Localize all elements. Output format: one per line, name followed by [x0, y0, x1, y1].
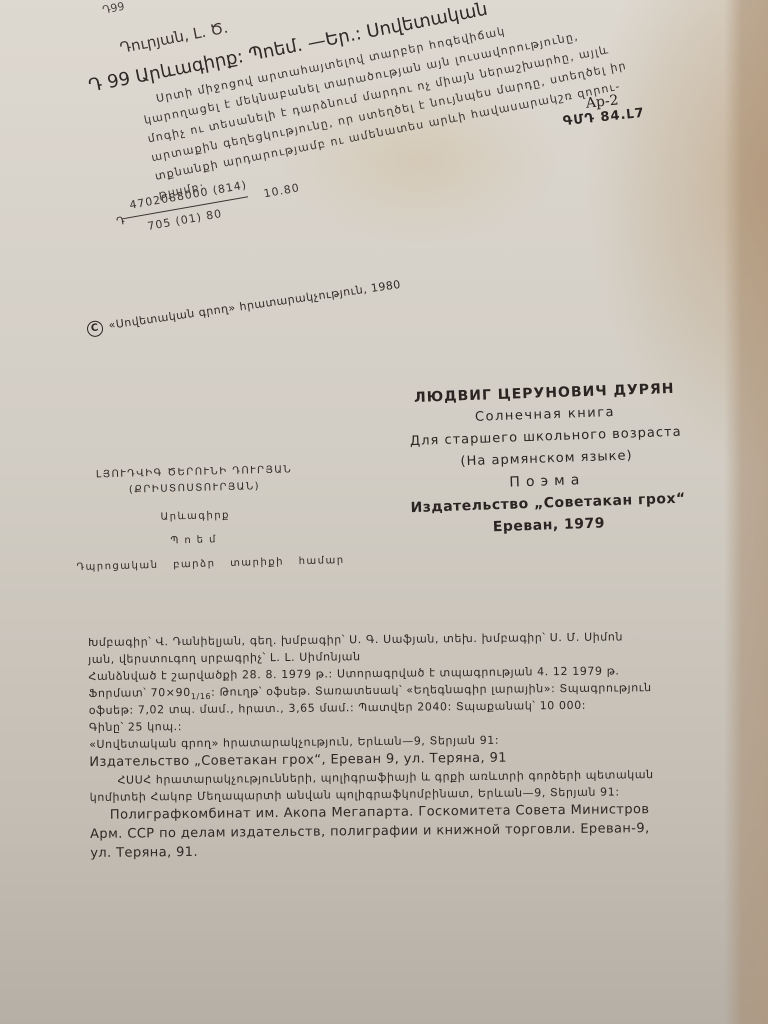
pricing-price: 10.80 — [263, 181, 301, 200]
pricing-prefix: Դ — [115, 214, 126, 228]
armenian-title-block: ԼՅՈՒԴՎԻԳ ԾԵՐՈՒՆԻ ԴՈՒՐՅԱՆ (ՔՐԻՍՏՈՍՏՈՒՐՅԱՆ… — [74, 464, 317, 573]
format-label: Ֆորմատ՝ 70×90 — [89, 686, 191, 700]
copyright-text: «Սովետական գրող» հրատարակչություն, 1980 — [108, 278, 402, 332]
copyright-icon: C — [86, 320, 104, 338]
page-edge-shadow — [724, 0, 768, 1024]
russian-title-block: ЛЮДВИГ ЦЕРУНОВИЧ ДУРЯН Солнечная книга Д… — [384, 377, 709, 542]
book-page: Դ99 Դուրյան, Լ. Ծ. Դ 99 Արևագիրք: Պոեմ. … — [0, 0, 768, 1024]
copyright-line: C«Սովետական գրող» հրատարակչություն, 1980 — [86, 278, 402, 338]
catalog-code: Դ99 — [101, 0, 125, 17]
imprint-block: Խմբագիր՝ Վ. Դանիելյան, գեղ. խմբագիր՝ Ս. … — [88, 628, 655, 863]
format-fraction: 1/16 — [191, 692, 211, 701]
